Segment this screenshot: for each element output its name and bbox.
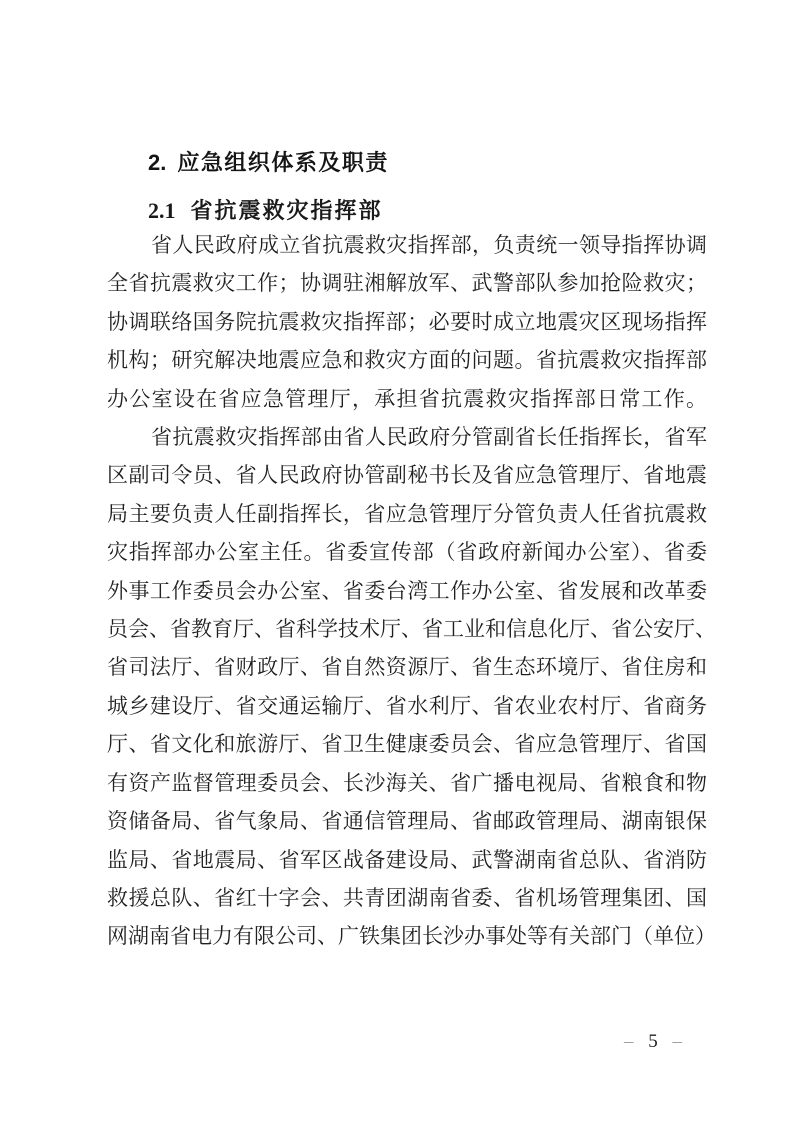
paragraph-line: 城乡建设厅、省交通运输厅、省水利厅、省农业农村厅、省商务 <box>107 687 707 725</box>
subsection-title: 省抗震救灾指挥部 <box>191 197 383 224</box>
footer-dash-left: – <box>624 1031 634 1053</box>
paragraph-line: 员会、省教育厅、省科学技术厅、省工业和信息化厅、省公安厅、 <box>107 610 707 648</box>
paragraph-members: 省抗震救灾指挥部由省人民政府分管副省长任指挥长，省军区副司令员、省人民政府协管副… <box>107 418 707 956</box>
paragraph-line: 灾指挥部办公室主任。省委宣传部（省政府新闻办公室）、省委 <box>107 533 707 571</box>
paragraph-line: 全省抗震救灾工作；协调驻湘解放军、武警部队参加抢险救灾； <box>107 264 707 302</box>
paragraph-line: 局主要负责人任副指挥长，省应急管理厅分管负责人任省抗震救 <box>107 495 707 533</box>
subsection-heading: 2.1 省抗震救灾指挥部 <box>148 197 383 224</box>
section-number: 2. <box>148 149 166 176</box>
paragraph-line: 协调联络国务院抗震救灾指挥部；必要时成立地震灾区现场指挥 <box>107 303 707 341</box>
paragraph-line: 厅、省文化和旅游厅、省卫生健康委员会、省应急管理厅、省国 <box>107 725 707 763</box>
footer-dash-right: – <box>673 1031 683 1053</box>
paragraph-line: 有资产监督管理委员会、长沙海关、省广播电视局、省粮食和物 <box>107 764 707 802</box>
section-title: 应急组织体系及职责 <box>177 149 389 176</box>
subsection-number: 2.1 <box>148 197 176 224</box>
document-page: 2. 应急组织体系及职责 2.1 省抗震救灾指挥部 省人民政府成立省抗震救灾指挥… <box>0 0 794 1122</box>
paragraph-line: 网湖南省电力有限公司、广铁集团长沙办事处等有关部门（单位） <box>107 917 707 955</box>
paragraph-line: 省司法厅、省财政厅、省自然资源厅、省生态环境厅、省住房和 <box>107 648 707 686</box>
paragraph-intro: 省人民政府成立省抗震救灾指挥部，负责统一领导指挥协调全省抗震救灾工作；协调驻湘解… <box>107 226 707 418</box>
paragraph-line: 监局、省地震局、省军区战备建设局、武警湖南省总队、省消防 <box>107 841 707 879</box>
paragraph-line: 外事工作委员会办公室、省委台湾工作办公室、省发展和改革委 <box>107 572 707 610</box>
paragraph-line: 救援总队、省红十字会、共青团湖南省委、省机场管理集团、国 <box>107 879 707 917</box>
paragraph-line: 资储备局、省气象局、省通信管理局、省邮政管理局、湖南银保 <box>107 802 707 840</box>
paragraph-line: 区副司令员、省人民政府协管副秘书长及省应急管理厅、省地震 <box>107 456 707 494</box>
body-text: 省人民政府成立省抗震救灾指挥部，负责统一领导指挥协调全省抗震救灾工作；协调驻湘解… <box>107 226 707 956</box>
paragraph-line: 机构；研究解决地震应急和救灾方面的问题。省抗震救灾指挥部 <box>107 341 707 379</box>
page-footer: – 5 – <box>624 1031 682 1053</box>
paragraph-line: 省抗震救灾指挥部由省人民政府分管副省长任指挥长，省军 <box>107 418 707 456</box>
paragraph-line: 办公室设在省应急管理厅，承担省抗震救灾指挥部日常工作。 <box>107 380 707 418</box>
page-number: 5 <box>648 1031 658 1053</box>
section-heading: 2. 应急组织体系及职责 <box>148 149 389 176</box>
paragraph-line: 省人民政府成立省抗震救灾指挥部，负责统一领导指挥协调 <box>107 226 707 264</box>
